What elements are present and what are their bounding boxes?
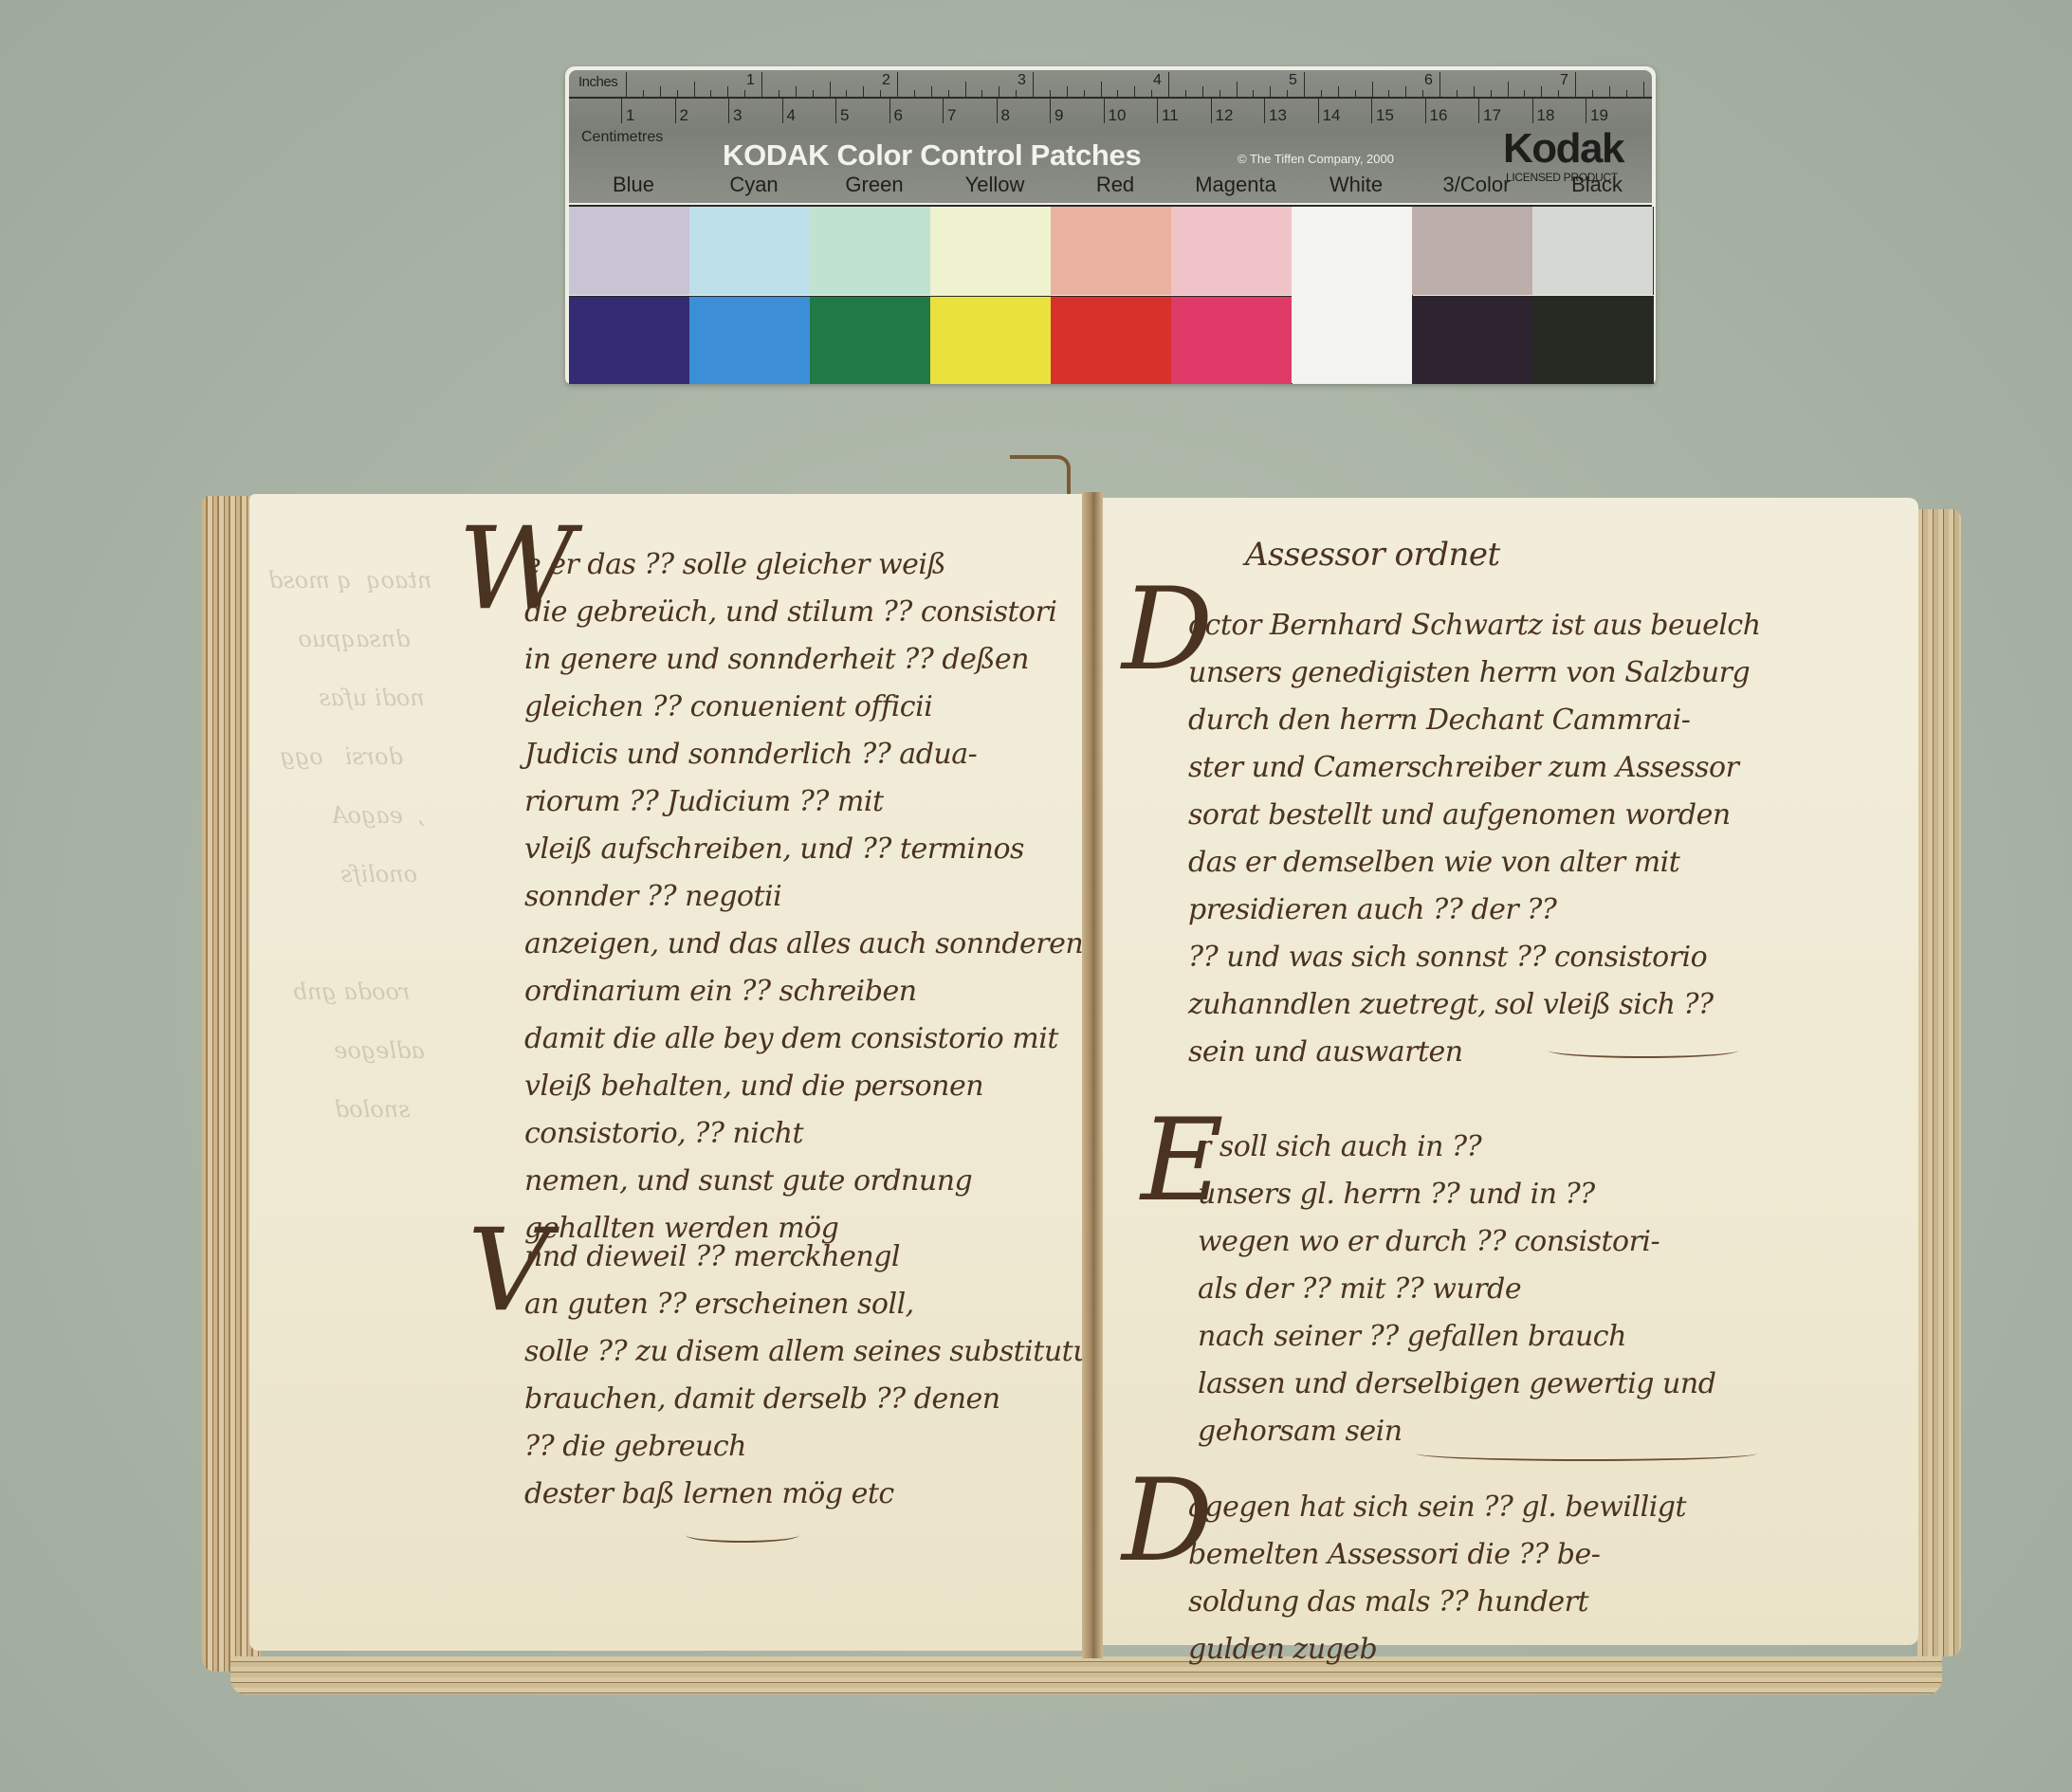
patch-red-dark (1051, 296, 1172, 384)
patch-black-dark (1532, 296, 1654, 384)
ruler-tick (1084, 90, 1085, 97)
patch-cyan-light (689, 207, 811, 295)
ruler-tick (1371, 99, 1372, 123)
ruler-tick (1541, 86, 1542, 97)
patch-yellow-light (930, 207, 1052, 295)
right-paragraph-2: r soll sich auch in ??unsers gl. herrn ?… (1198, 1124, 1715, 1455)
ruler-tick (1016, 90, 1017, 97)
left-paragraph-1: e er das ?? solle gleicher weißdie gebre… (524, 541, 1083, 1253)
cm-mark: 6 (894, 106, 903, 125)
ruler-tick (835, 99, 836, 123)
ruler-tick (1508, 82, 1509, 97)
patch-label-magenta: Magenta (1175, 173, 1296, 197)
handwritten-line: presidieren auch ?? der ?? (1188, 887, 1761, 934)
ruler-tick (677, 90, 678, 97)
ruler-tick (1457, 90, 1458, 97)
ruler-tick (1491, 90, 1492, 97)
ruler-tick (675, 99, 676, 123)
cm-mark: 19 (1590, 106, 1608, 125)
ruler-tick (1592, 90, 1593, 97)
inch-mark: 6 (1424, 72, 1433, 89)
ruler-tick (1287, 90, 1288, 97)
ruler-tick (1033, 72, 1034, 97)
gutter (1082, 492, 1103, 1658)
inch-mark: 4 (1153, 72, 1162, 89)
ruler-tick (880, 90, 881, 97)
ruler-tick (981, 90, 982, 97)
patch-label-black: Black (1536, 173, 1658, 197)
cm-mark: 17 (1483, 106, 1501, 125)
cm-mark: 14 (1323, 106, 1341, 125)
cm-mark: 5 (840, 106, 849, 125)
ruler-tick (1372, 82, 1373, 97)
handwritten-line: das er demselben wie von alter mit (1188, 839, 1761, 887)
handwritten-line: wegen wo er durch ?? consistori- (1198, 1218, 1715, 1266)
patch-magenta-dark (1171, 296, 1293, 384)
ruler-tick (813, 90, 814, 97)
ruler-tick (1270, 86, 1271, 97)
ruler-band: Inches 1234567 1234567891011121314151617… (569, 70, 1652, 203)
ruler-tick (761, 72, 762, 97)
handwritten-line: vleiß aufschreiben, und ?? terminos (524, 826, 1083, 873)
handwritten-line: soldung das mals ?? hundert (1188, 1579, 1686, 1626)
kodak-logo: Kodak (1503, 125, 1623, 173)
ruler-tick (1524, 90, 1525, 97)
cm-mark: 13 (1269, 106, 1287, 125)
patch-white (1292, 207, 1413, 383)
cm-mark: 11 (1162, 106, 1179, 125)
patch-green-dark (810, 296, 931, 384)
handwritten-line: an guten ?? erscheinen soll, (524, 1281, 1091, 1328)
handwritten-line: solle ?? zu disem allem seines substitut… (524, 1328, 1091, 1376)
ruler-tick (1338, 86, 1339, 97)
handwritten-line: zuhanndlen zuetregt, sol vleiß sich ?? (1188, 981, 1761, 1029)
handwritten-line: die gebreüch, und stilum ?? consistori (524, 589, 1083, 636)
ruler-tick (1558, 90, 1559, 97)
left-paragraph-2: nnd dieweil ?? merckhenglan guten ?? ers… (524, 1234, 1091, 1518)
left-page: ntaoq q mosd dnsaqpuo nodi ufas dorsi og… (249, 494, 1084, 1651)
inch-mark: 5 (1289, 72, 1297, 89)
cm-mark: 2 (680, 106, 688, 125)
cm-mark: 16 (1430, 106, 1448, 125)
patch-label-green: Green (814, 173, 935, 197)
ruler-tick (1478, 99, 1479, 123)
handwritten-line: ?? die gebreuch (524, 1423, 1091, 1471)
patch-blue-light (569, 207, 690, 295)
ruler-tick (931, 86, 932, 97)
bleed-through-text: ntaoq q mosd dnsaqpuo nodi ufas dorsi og… (268, 551, 431, 1139)
ruler-tick (1422, 90, 1423, 97)
handwritten-line: e er das ?? solle gleicher weiß (524, 541, 1083, 589)
ruler-tick (727, 86, 728, 97)
patch-labels: BlueCyanGreenYellowRedMagentaWhite3/Colo… (573, 173, 1656, 201)
ruler-tick (1151, 90, 1152, 97)
ruler-tick (643, 90, 644, 97)
handwritten-line: ster und Camerschreiber zum Assessor (1188, 744, 1761, 792)
patch-magenta-light (1171, 207, 1293, 295)
ruler-tick (1405, 86, 1406, 97)
handwritten-line: Judicis und sonnderlich ?? adua- (524, 731, 1083, 778)
ruler-tick (1474, 86, 1475, 97)
patch-black-light (1532, 207, 1654, 295)
ruler-tick (694, 82, 695, 97)
ruler-tick (728, 99, 729, 123)
cm-mark: 3 (733, 106, 742, 125)
ruler-tick (1202, 86, 1203, 97)
ruler-tick (1626, 90, 1627, 97)
handwritten-line: damit die alle bey dem consistorio mit (524, 1015, 1083, 1063)
patch-label-cyan: Cyan (693, 173, 815, 197)
ruler-tick (1321, 90, 1322, 97)
ruler-tick (1425, 99, 1426, 123)
handwritten-line: gulden zugeb (1188, 1626, 1686, 1673)
handwritten-line: bemelten Assessori die ?? be- (1188, 1531, 1686, 1579)
patch-label-white: White (1295, 173, 1417, 197)
handwritten-line: sorat bestellt und aufgenomen worden (1188, 792, 1761, 839)
ruler-tick (1211, 99, 1212, 123)
ruler-tick (1609, 86, 1610, 97)
centimetres-label: Centimetres (581, 129, 663, 146)
ruler-tick (1355, 90, 1356, 97)
inch-mark: 1 (746, 72, 755, 89)
handwritten-line: agegen hat sich sein ?? gl. bewilligt (1188, 1484, 1686, 1531)
manuscript-book: ntaoq q mosd dnsaqpuo nodi ufas dorsi og… (202, 488, 1961, 1694)
ruler-tick (1264, 99, 1265, 123)
handwritten-line: gleichen ?? conuenient officii (524, 684, 1083, 731)
cm-mark: 18 (1537, 106, 1555, 125)
ruler-tick (1157, 99, 1158, 123)
ruler-tick (1067, 86, 1068, 97)
ruler-tick (710, 90, 711, 97)
ruler-tick (1050, 99, 1051, 123)
patch-label-blue: Blue (573, 173, 694, 197)
right-paragraph-1: octor Bernhard Schwartz ist aus beuelchu… (1188, 602, 1761, 1076)
line-flourish (1416, 1446, 1757, 1461)
handwritten-line: anzeigen, und das alles auch sonnderen (524, 921, 1083, 968)
patch-blue-dark (569, 296, 690, 384)
line-flourish (686, 1527, 799, 1543)
patch-red-light (1051, 207, 1172, 295)
cm-mark: 1 (626, 106, 634, 125)
handwritten-line: r soll sich auch in ?? (1198, 1124, 1715, 1171)
handwritten-line: in genere und sonnderheit ?? deßen (524, 636, 1083, 684)
patch-yellow-dark (930, 296, 1052, 384)
inch-mark: 3 (1018, 72, 1026, 89)
right-page: Assessor ordnet D octor Bernhard Schwart… (1103, 498, 1918, 1645)
handwritten-line: sonnder ?? negotii (524, 873, 1083, 921)
ruler-tick (897, 72, 898, 97)
ruler-tick (1643, 82, 1644, 97)
cm-mark: 12 (1216, 106, 1234, 125)
handwritten-line: ordinarium ein ?? schreiben (524, 968, 1083, 1015)
line-flourish (1549, 1043, 1738, 1058)
kodak-color-control-card: Inches 1234567 1234567891011121314151617… (565, 66, 1656, 384)
ruler-tick (1134, 86, 1135, 97)
ruler-tick (626, 72, 627, 97)
ruler-tick (1185, 90, 1186, 97)
ruler-tick (621, 99, 622, 123)
ruler-tick (999, 86, 999, 97)
handwritten-line: nach seiner ?? gefallen brauch (1198, 1313, 1715, 1361)
ruler-tick (863, 86, 864, 97)
cm-mark: 7 (947, 106, 956, 125)
ruler-tick (997, 99, 998, 123)
ruler-tick (1586, 99, 1586, 123)
cm-mark: 4 (787, 106, 796, 125)
handwritten-line: ?? und was sich sonnst ?? consistorio (1188, 934, 1761, 981)
handwritten-line: nemen, und sunst gute ordnung (524, 1158, 1083, 1205)
handwritten-line: nnd dieweil ?? merckhengl (524, 1234, 1091, 1281)
ruler-tick (782, 99, 783, 123)
ruler-tick (779, 90, 779, 97)
page-heading: Assessor ordnet (1245, 536, 1500, 574)
card-title: KODAK Color Control Patches (723, 138, 1141, 173)
handwritten-line: durch den herrn Dechant Cammrai- (1188, 697, 1761, 744)
cm-mark: 10 (1109, 106, 1127, 125)
inch-mark: 2 (882, 72, 890, 89)
patch-3-color-dark (1412, 296, 1533, 384)
page-edges-right (1917, 509, 1961, 1656)
ruler-tick (796, 86, 797, 97)
handwritten-line: unsers gl. herrn ?? und in ?? (1198, 1171, 1715, 1218)
handwritten-line: lassen und derselbigen gewertig und (1198, 1361, 1715, 1408)
ruler-tick (1117, 90, 1118, 97)
patch-3-color-light (1412, 207, 1533, 295)
patch-cyan-dark (689, 296, 811, 384)
ruler-tick (1388, 90, 1389, 97)
ruler-tick (1237, 82, 1238, 97)
inches-label: Inches (578, 74, 617, 90)
handwritten-line: brauchen, damit derselb ?? denen (524, 1376, 1091, 1423)
handwritten-line: vleiß behalten, und die personen (524, 1063, 1083, 1110)
ruler-tick (943, 99, 944, 123)
handwritten-line: consistorio, ?? nicht (524, 1110, 1083, 1158)
ruler-tick (1532, 99, 1533, 123)
patch-green-light (810, 207, 931, 295)
handwritten-line: octor Bernhard Schwartz ist aus beuelch (1188, 602, 1761, 649)
handwritten-line: dester baß lernen mög etc (524, 1471, 1091, 1518)
patch-label-red: Red (1054, 173, 1176, 197)
patch-label-3-color: 3/Color (1416, 173, 1537, 197)
handwritten-line: riorum ?? Judicium ?? mit (524, 778, 1083, 826)
ruler-tick (1168, 72, 1169, 97)
cm-mark: 9 (1054, 106, 1063, 125)
ruler-tick (1101, 82, 1102, 97)
handwritten-line: unsers genedigisten herrn von Salzburg (1188, 649, 1761, 697)
ruler-tick (1050, 90, 1051, 97)
cm-ruler: 12345678910111213141516171819 (569, 99, 1652, 127)
ruler-tick (948, 90, 949, 97)
cm-mark: 15 (1376, 106, 1394, 125)
ruler-tick (1219, 90, 1220, 97)
ruler-tick (889, 99, 890, 123)
ruler-tick (914, 90, 915, 97)
color-patches (569, 205, 1652, 383)
inch-ruler: Inches 1234567 (569, 70, 1652, 99)
ruler-tick (1304, 72, 1305, 97)
ruler-tick (660, 86, 661, 97)
copyright-text: © The Tiffen Company, 2000 (1238, 152, 1394, 166)
ruler-tick (846, 90, 847, 97)
patch-label-yellow: Yellow (934, 173, 1055, 197)
ruler-tick (965, 82, 966, 97)
ruler-tick (744, 90, 745, 97)
ruler-tick (1318, 99, 1319, 123)
cm-mark: 8 (1001, 106, 1010, 125)
handwritten-line: als der ?? mit ?? wurde (1198, 1266, 1715, 1313)
right-paragraph-3: agegen hat sich sein ?? gl. bewilligtbem… (1188, 1484, 1686, 1673)
ruler-tick (1575, 72, 1576, 97)
ruler-tick (1439, 72, 1440, 97)
ruler-tick (1104, 99, 1105, 123)
inch-mark: 7 (1560, 72, 1568, 89)
ruler-tick (830, 82, 831, 97)
ruler-tick (1253, 90, 1254, 97)
